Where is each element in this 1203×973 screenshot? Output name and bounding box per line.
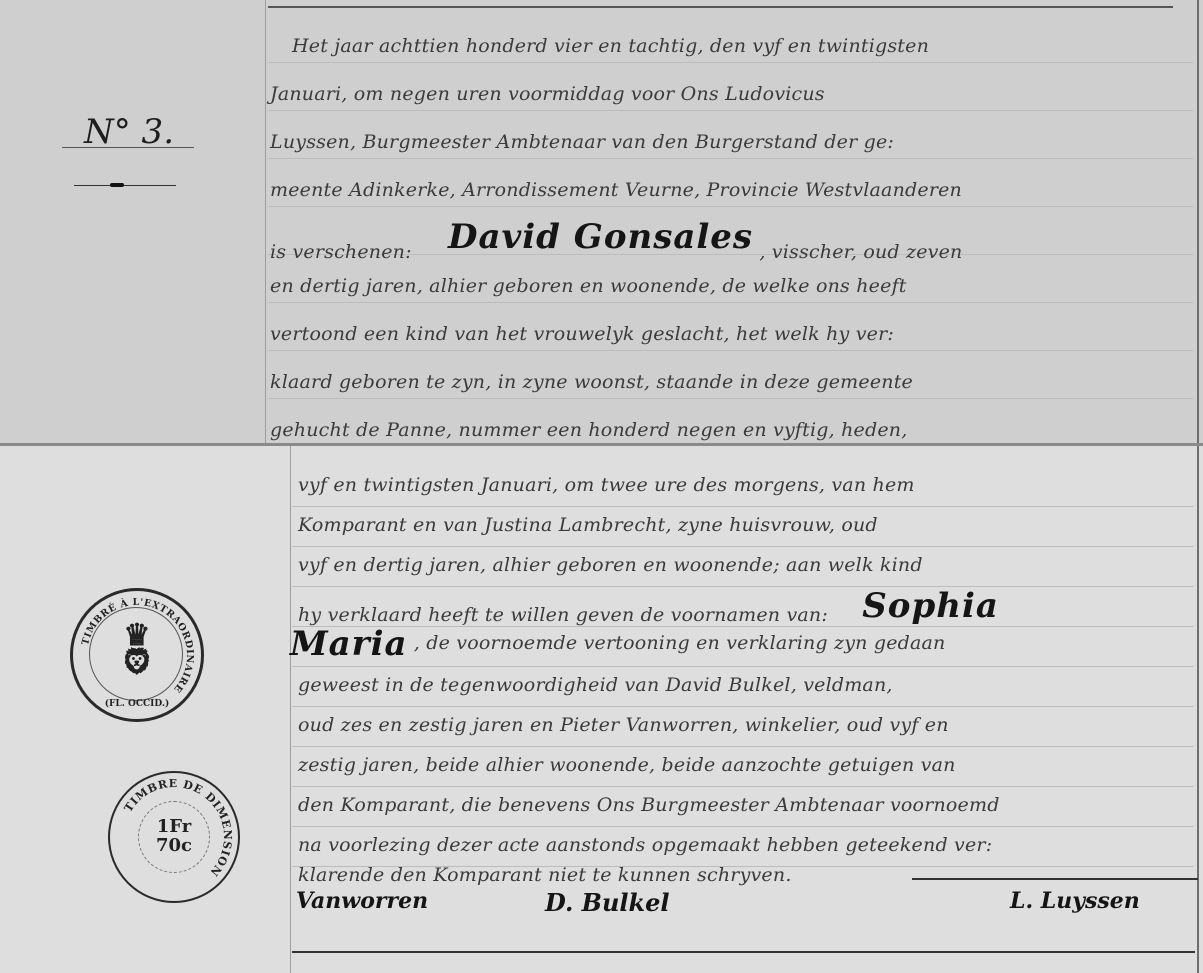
margin-rule	[290, 446, 291, 973]
text-line: meente Adinkerke, Arrondissement Veurne,…	[270, 179, 962, 201]
signature-witness-1: Vanworren	[296, 888, 428, 914]
text-line: gehucht de Panne, nummer een honderd neg…	[270, 419, 907, 441]
child-second-name: Maria	[290, 624, 408, 664]
crowned-lion-icon: ♛🦁︎	[120, 620, 153, 683]
act-number: N° 3.	[84, 112, 174, 152]
text-fragment: is verschenen:	[270, 241, 412, 263]
text-line: oud zes en zestig jaren en Pieter Vanwor…	[298, 714, 949, 736]
page-edge	[1197, 446, 1199, 973]
act-end-rule	[292, 951, 1195, 953]
stamp-value: 1Fr 70c	[156, 818, 192, 856]
signature-official: L. Luyssen	[1010, 888, 1140, 914]
text-line: geweest in de tegenwoordigheid van David…	[298, 674, 893, 696]
declarant-name: David Gonsales	[448, 217, 753, 257]
closing-rule	[912, 878, 1198, 880]
text-line: vyf en twintigsten Januari, om twee ure …	[298, 474, 915, 496]
text-line: vyf en dertig jaren, alhier geboren en w…	[298, 554, 923, 576]
text-line: zestig jaren, beide alhier woonende, bei…	[298, 754, 956, 776]
signature-witness-2: D. Bulkel	[545, 888, 670, 917]
text-line: den Komparant, die benevens Ons Burgmees…	[298, 794, 1000, 816]
text-line: Het jaar achttien honderd vier en tachti…	[292, 35, 929, 57]
text-line: na voorlezing dezer acte aanstonds opgem…	[298, 834, 992, 856]
text-fragment: hy verklaard heeft te willen geven de vo…	[298, 604, 828, 626]
margin-rule	[265, 0, 266, 446]
text-fragment: , de voornoemde vertooning en verklaring…	[414, 632, 946, 654]
text-line: en dertig jaren, alhier geboren en woone…	[270, 275, 907, 297]
act-number-dash	[74, 185, 176, 186]
child-first-name: Sophia	[862, 586, 999, 626]
stamp-value-centimes: 70c	[156, 837, 192, 856]
extraordinary-tax-stamp: TIMBRÉ À L'EXTRAORDINAIRE ♛🦁︎ (FL. OCCID…	[70, 588, 204, 722]
text-line-with-name: hy verklaard heeft te willen geven de vo…	[298, 586, 999, 626]
page-edge	[1197, 0, 1199, 446]
text-line-with-name: is verschenen: David Gonsales , visscher…	[270, 217, 962, 257]
text-line: Komparant en van Justina Lambrecht, zyne…	[298, 514, 878, 536]
text-line: klaard geboren te zyn, in zyne woonst, s…	[270, 371, 913, 393]
top-scan-strip: N° 3. Het jaar achttien honderd vier en …	[0, 0, 1203, 446]
text-line: vertoond een kind van het vrouwelyk gesl…	[270, 323, 894, 345]
text-line-with-name: Maria , de voornoemde vertooning en verk…	[290, 624, 946, 664]
bottom-scan-strip: vyf en twintigsten Januari, om twee ure …	[0, 446, 1203, 973]
text-line: Luyssen, Burgmeester Ambtenaar van den B…	[270, 131, 894, 153]
dimension-tax-stamp: TIMBRE DE DIMENSION 1Fr 70c	[108, 771, 240, 903]
top-rule	[268, 6, 1173, 8]
text-line: klarende den Komparant niet te kunnen sc…	[298, 864, 792, 886]
act-number-underline	[62, 147, 194, 148]
text-fragment: , visscher, oud zeven	[759, 241, 962, 263]
stamp-bottom-text: (FL. OCCID.)	[73, 699, 201, 709]
text-line: Januari, om negen uren voormiddag voor O…	[270, 83, 825, 105]
